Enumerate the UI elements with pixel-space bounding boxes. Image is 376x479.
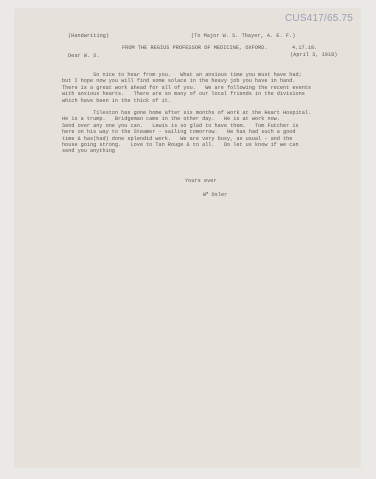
paragraph-1: So nice to hear from you. What an anxiou…: [62, 72, 311, 104]
catalog-number: CUS417/65.75: [285, 13, 353, 24]
paragraph-line: which have been in the thick of it.: [62, 98, 311, 104]
date-short: 4.17.18.: [292, 45, 317, 51]
sender-line: FROM THE REGIUS PROFESSOR OF MEDICINE, O…: [122, 45, 268, 51]
recipient-line: (To Major W. S. Thayer, A. E. F.): [191, 33, 295, 39]
paragraph-line: with anxious hearts. There are so many o…: [62, 91, 311, 97]
signature-name: Osler: [212, 192, 228, 198]
paragraph-line: here on his way to the Steamer - sailing…: [62, 129, 311, 135]
paragraph-line: He is a trump. Bridgeman came in the oth…: [62, 116, 311, 122]
paragraph-line: send you anything: [62, 148, 311, 154]
handwriting-note: (Handwriting): [68, 33, 109, 39]
signature-superscript: m: [206, 192, 208, 196]
closing: Yours ever: [185, 178, 217, 184]
date-long: (April 3, 1918): [290, 52, 337, 58]
signature: Wm Osler: [203, 191, 227, 198]
salutation: Dear W. S.: [68, 53, 100, 59]
paragraph-2: Tileston has gone home after six months …: [62, 110, 311, 155]
paragraph-line: but I hope now you will find some solace…: [62, 78, 311, 84]
